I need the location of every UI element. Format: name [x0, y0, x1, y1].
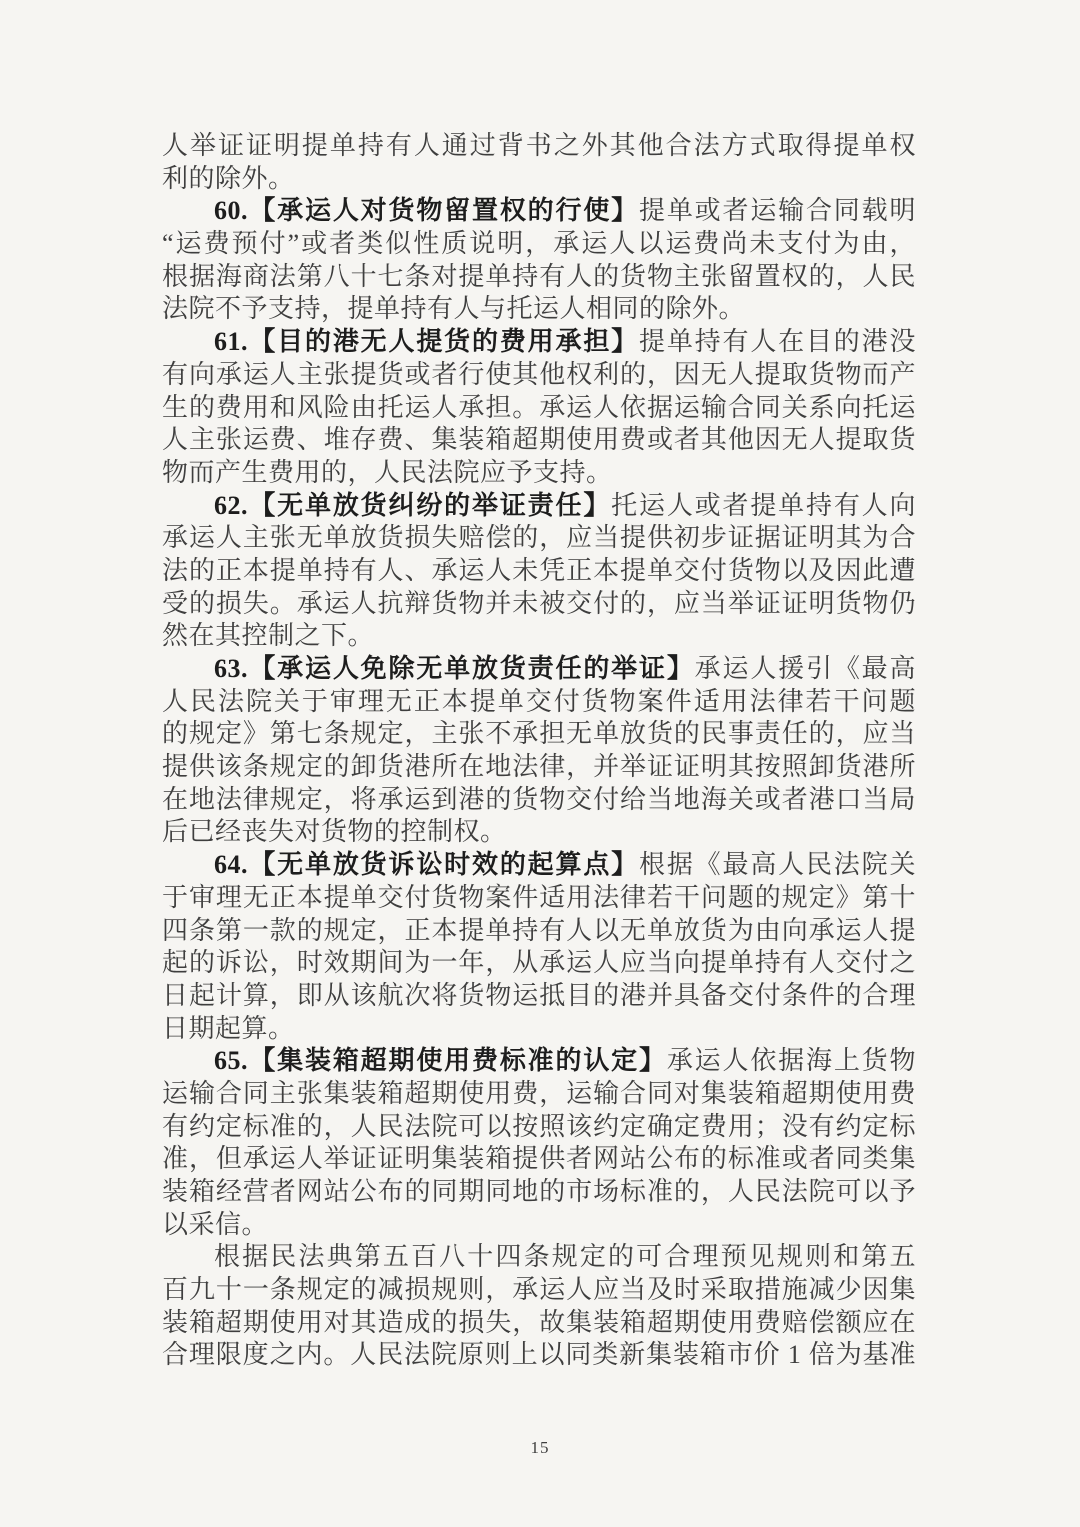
item-60: 60.【承运人对货物留置权的行使】提单或者运输合同载明“运费预付”或者类似性质说… — [162, 195, 916, 326]
text-line: 64.【无单放货诉讼时效的起算点】根据《最高人民法院关 — [162, 849, 916, 882]
text-line: 在地法律规定，将承运到港的货物交付给当地海关或者港口当局 — [162, 784, 916, 817]
text-line: 承运人主张无单放货损失赔偿的，应当提供初步证据证明其为合 — [162, 522, 916, 555]
text-line: 提供该条规定的卸货港所在地法律，并举证证明其按照卸货港所 — [162, 751, 916, 784]
text-line: 日期起算。 — [162, 1013, 916, 1046]
paragraph-continuation: 人举证证明提单持有人通过背书之外其他合法方式取得提单权利的除外。 — [162, 130, 916, 195]
text-line: 61.【目的港无人提货的费用承担】提单持有人在目的港没 — [162, 326, 916, 359]
text-line: 的规定》第七条规定，主张不承担无单放货的民事责任的，应当 — [162, 718, 916, 751]
text-line: “运费预付”或者类似性质说明，承运人以运费尚未支付为由， — [162, 228, 916, 261]
item-heading: 60.【承运人对货物留置权的行使】 — [214, 196, 639, 225]
text-line: 准，但承运人举证证明集装箱提供者网站公布的标准或者同类集 — [162, 1143, 916, 1176]
item-heading: 65.【集装箱超期使用费标准的认定】 — [214, 1046, 667, 1075]
text-line: 生的费用和风险由托运人承担。承运人依据运输合同关系向托运 — [162, 392, 916, 425]
text-line: 百九十一条规定的减损规则，承运人应当及时采取措施减少因集 — [162, 1274, 916, 1307]
text-line: 人举证证明提单持有人通过背书之外其他合法方式取得提单权 — [162, 130, 916, 163]
text-line: 然在其控制之下。 — [162, 620, 916, 653]
text-line: 63.【承运人免除无单放货责任的举证】承运人援引《最高 — [162, 653, 916, 686]
item-63: 63.【承运人免除无单放货责任的举证】承运人援引《最高人民法院关于审理无正本提单… — [162, 653, 916, 849]
text-line: 利的除外。 — [162, 163, 916, 196]
text-line: 根据海商法第八十七条对提单持有人的货物主张留置权的，人民 — [162, 261, 916, 294]
item-61: 61.【目的港无人提货的费用承担】提单持有人在目的港没有向承运人主张提货或者行使… — [162, 326, 916, 489]
text-line: 物而产生费用的，人民法院应予支持。 — [162, 457, 916, 490]
document-text-block: 人举证证明提单持有人通过背书之外其他合法方式取得提单权利的除外。60.【承运人对… — [162, 130, 916, 1372]
item-65: 65.【集装箱超期使用费标准的认定】承运人依据海上货物运输合同主张集装箱超期使用… — [162, 1045, 916, 1241]
text-line: 法的正本提单持有人、承运人未凭正本提单交付货物以及因此遭 — [162, 555, 916, 588]
text-line: 四条第一款的规定，正本提单持有人以无单放货为由向承运人提 — [162, 915, 916, 948]
text-line: 法院不予支持，提单持有人与托运人相同的除外。 — [162, 293, 916, 326]
item-heading: 61.【目的港无人提货的费用承担】 — [214, 327, 639, 356]
text-line: 合理限度之内。人民法院原则上以同类新集装箱市价 1 倍为基准 — [162, 1339, 916, 1372]
text-line: 人主张运费、堆存费、集装箱超期使用费或者其他因无人提取货 — [162, 424, 916, 457]
text-line: 以采信。 — [162, 1209, 916, 1242]
text-line: 人民法院关于审理无正本提单交付货物案件适用法律若干问题 — [162, 686, 916, 719]
page-number: 15 — [0, 1438, 1080, 1458]
item-heading: 64.【无单放货诉讼时效的起算点】 — [214, 850, 639, 879]
scanned-document-page: { "page": { "number": "15", "background_… — [0, 0, 1080, 1527]
text-line: 有向承运人主张提货或者行使其他权利的，因无人提取货物而产 — [162, 359, 916, 392]
text-line: 65.【集装箱超期使用费标准的认定】承运人依据海上货物 — [162, 1045, 916, 1078]
item-heading: 62.【无单放货纠纷的举证责任】 — [214, 491, 611, 520]
item-heading: 63.【承运人免除无单放货责任的举证】 — [214, 654, 695, 683]
text-line: 装箱超期使用对其造成的损失，故集装箱超期使用费赔偿额应在 — [162, 1307, 916, 1340]
text-line: 受的损失。承运人抗辩货物并未被交付的，应当举证证明货物仍 — [162, 588, 916, 621]
item-64: 64.【无单放货诉讼时效的起算点】根据《最高人民法院关于审理无正本提单交付货物案… — [162, 849, 916, 1045]
text-line: 62.【无单放货纠纷的举证责任】托运人或者提单持有人向 — [162, 490, 916, 523]
text-line: 于审理无正本提单交付货物案件适用法律若干问题的规定》第十 — [162, 882, 916, 915]
text-line: 60.【承运人对货物留置权的行使】提单或者运输合同载明 — [162, 195, 916, 228]
text-line: 根据民法典第五百八十四条规定的可合理预见规则和第五 — [162, 1241, 916, 1274]
item-62: 62.【无单放货纠纷的举证责任】托运人或者提单持有人向承运人主张无单放货损失赔偿… — [162, 490, 916, 653]
text-line: 有约定标准的，人民法院可以按照该约定确定费用；没有约定标 — [162, 1111, 916, 1144]
item-65-supplement: 根据民法典第五百八十四条规定的可合理预见规则和第五百九十一条规定的减损规则，承运… — [162, 1241, 916, 1372]
text-line: 后已经丧失对货物的控制权。 — [162, 816, 916, 849]
text-line: 起的诉讼，时效期间为一年，从承运人应当向提单持有人交付之 — [162, 947, 916, 980]
text-line: 日起计算，即从该航次将货物运抵目的港并具备交付条件的合理 — [162, 980, 916, 1013]
text-line: 运输合同主张集装箱超期使用费，运输合同对集装箱超期使用费 — [162, 1078, 916, 1111]
text-line: 装箱经营者网站公布的同期同地的市场标准的，人民法院可以予 — [162, 1176, 916, 1209]
